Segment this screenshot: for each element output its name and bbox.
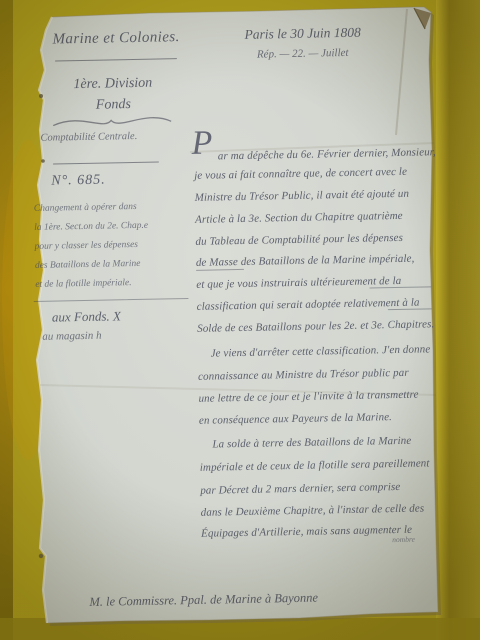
fonds-flourish: [51, 109, 175, 133]
margin-rule: [34, 298, 189, 302]
margin-fonds-note: aux Fonds. X: [52, 308, 121, 325]
body-line: et que je vous instruirais ultérieuremen…: [196, 275, 401, 292]
department-heading: Marine et Colonies.: [52, 29, 179, 48]
body-line: Équipages d'Artillerie, mais sans augmen…: [201, 524, 412, 541]
body-line: impériale et de ceux de la flotille sera…: [200, 457, 430, 474]
addressee-line: M. le Commissre. Ppal. de Marine à Bayon…: [89, 591, 318, 610]
bureau-rule: [53, 162, 159, 165]
body-line: Article à la 3e. Section du Chapitre qua…: [195, 210, 403, 227]
body-line: La solde à terre des Bataillons de la Ma…: [212, 435, 411, 452]
margin-note-line: Changement à opérer dans: [34, 202, 137, 214]
filler-rule: [388, 308, 432, 310]
body-line: du Tableau de Comptabilité pour les dépe…: [195, 232, 403, 249]
drop-cap: P: [191, 125, 213, 163]
body-line: par Décret du 2 mars dernier, sera compr…: [200, 481, 400, 498]
body-line: en conséquence aux Payeurs de la Marine.: [199, 411, 392, 428]
division-label: 1ère. Division: [73, 76, 152, 94]
margin-magasin-note: au magasin h: [42, 330, 102, 343]
body-line: une lettre de ce jour et je l'invite à l…: [198, 389, 418, 406]
header-rule: [55, 58, 177, 61]
body-line: dans le Deuxième Chapitre, à l'instar de…: [201, 502, 425, 519]
margin-note-line: la 1ère. Sect.on du 2e. Chap.e: [34, 221, 148, 233]
body-line: classification qui serait adoptée relati…: [197, 297, 420, 314]
body-line: Ministre du Trésor Public, il avait été …: [195, 188, 410, 205]
margin-note-line: pour y classer les dépenses: [34, 240, 138, 252]
reference-number: N°. 685.: [51, 173, 106, 190]
masse-underline: [196, 269, 244, 271]
catchword: nombre: [392, 535, 415, 544]
dateline: Paris le 30 Juin 1808: [244, 25, 361, 43]
body-line: Je viens d'arrêter cette classification.…: [211, 343, 431, 360]
response-note: Rép. — 22. — Juillet: [257, 47, 349, 61]
margin-note-line: et de la flotille impériale.: [35, 278, 131, 290]
margin-note-line: des Bataillons de la Marine: [35, 259, 141, 271]
body-line: connaissance au Ministre du Trésor publi…: [198, 367, 409, 384]
filler-rule: [369, 286, 431, 288]
bureau-label: Comptabilité Centrale.: [40, 131, 137, 144]
letter-content: Marine et Colonies. 1ère. Division Fonds…: [0, 0, 480, 640]
body-line: je vous ai fait connaître que, de concer…: [194, 166, 407, 183]
body-line: Solde de ces Bataillons pour les 2e. et …: [197, 318, 434, 336]
body-line: de Masse des Bataillons de la Marine imp…: [196, 253, 415, 270]
body-line: ar ma dépêche du 6e. Février dernier, Mo…: [218, 146, 436, 163]
